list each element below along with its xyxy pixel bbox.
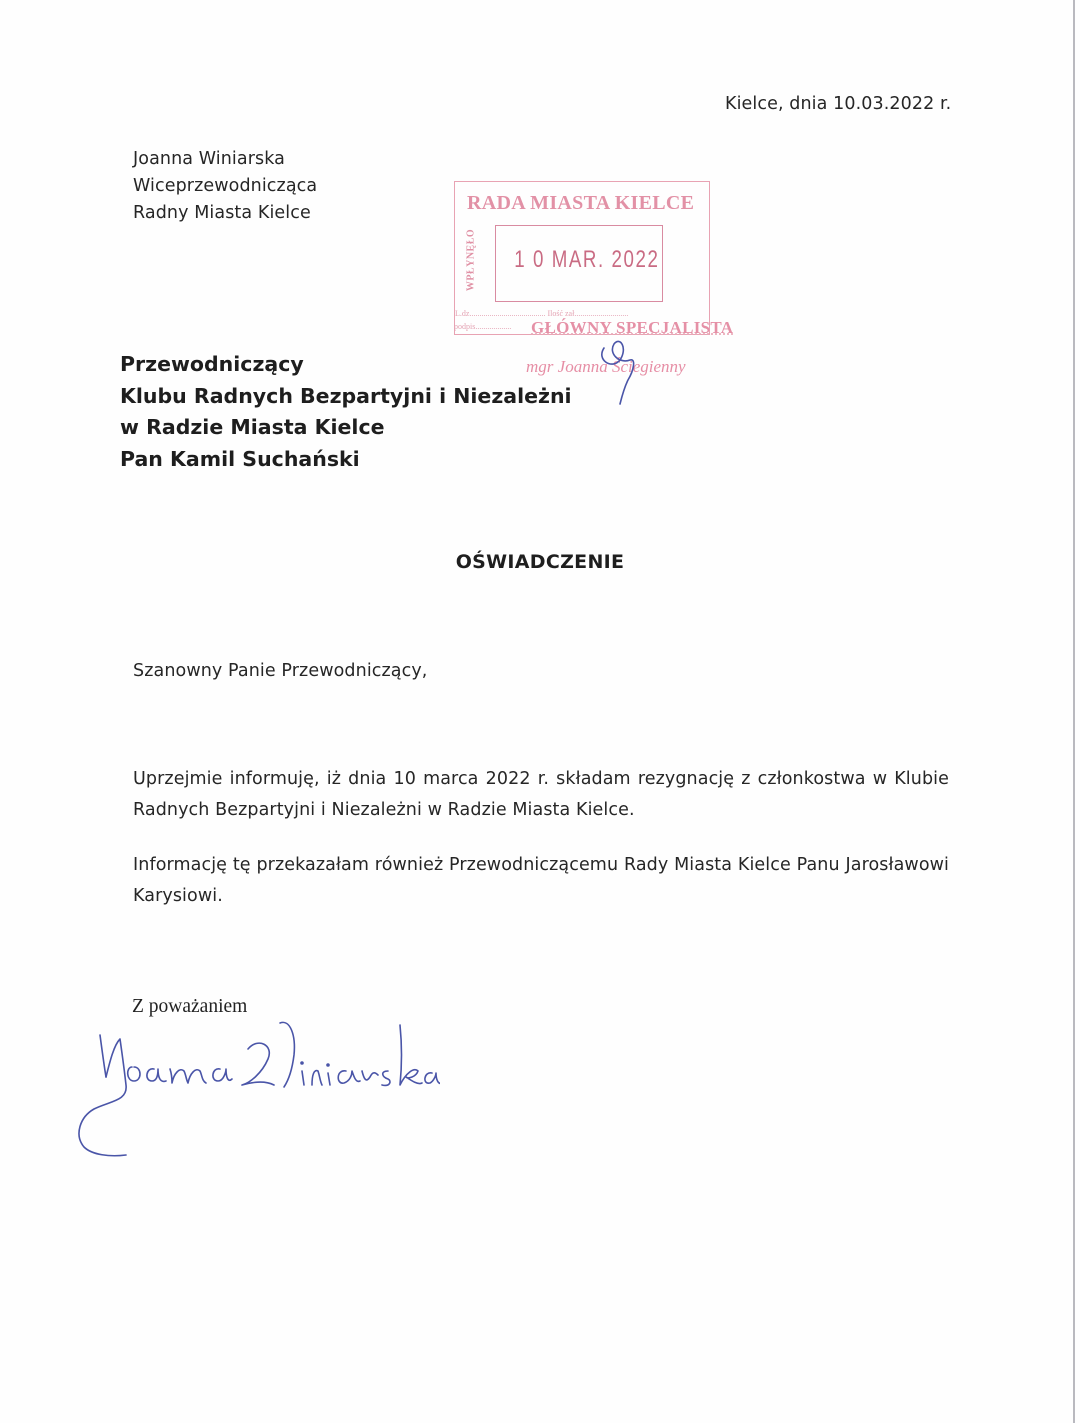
stamp-field-number: L.dz....................................…: [455, 309, 545, 318]
stamp-organization: RADA MIASTA KIELCE: [467, 192, 694, 215]
handwritten-initials-icon: [590, 330, 650, 410]
body-paragraph: Uprzejmie informuję, iż dnia 10 marca 20…: [133, 764, 949, 826]
stamp-field-attachments: Ilość zał...........................: [547, 309, 628, 318]
sender-block: Joanna Winiarska Wiceprzewodnicząca Radn…: [133, 146, 317, 227]
stamp-vertical-label: WPŁYNĘŁO: [457, 220, 485, 300]
sender-position: Wiceprzewodnicząca: [133, 173, 317, 200]
addressee-line: Przewodniczący: [120, 349, 572, 381]
document-title: OŚWIADCZENIE: [0, 551, 1080, 573]
body-paragraph: Informację tę przekazałam również Przewo…: [133, 850, 949, 912]
sender-name: Joanna Winiarska: [133, 146, 317, 173]
addressee-line: w Radzie Miasta Kielce: [120, 412, 572, 444]
handwritten-signature-icon: [70, 1005, 440, 1165]
document-page: Kielce, dnia 10.03.2022 r. Joanna Winiar…: [0, 0, 1080, 1423]
sender-role: Radny Miasta Kielce: [133, 200, 317, 227]
addressee-line: Klubu Radnych Bezpartyjni i Niezależni: [120, 381, 572, 413]
salutation: Szanowny Panie Przewodniczący,: [133, 661, 427, 681]
addressee-block: Przewodniczący Klubu Radnych Bezpartyjni…: [120, 349, 572, 475]
receipt-stamp: RADA MIASTA KIELCE WPŁYNĘŁO 1 0 MAR. 202…: [454, 181, 710, 335]
stamp-field-division: podpis..................: [454, 322, 511, 331]
page-edge-divider: [1073, 0, 1075, 1423]
place-date: Kielce, dnia 10.03.2022 r.: [725, 94, 951, 114]
stamp-received-date: 1 0 MAR. 2022: [514, 246, 643, 274]
stamp-date-box: 1 0 MAR. 2022: [495, 225, 663, 302]
addressee-line: Pan Kamil Suchański: [120, 444, 572, 476]
